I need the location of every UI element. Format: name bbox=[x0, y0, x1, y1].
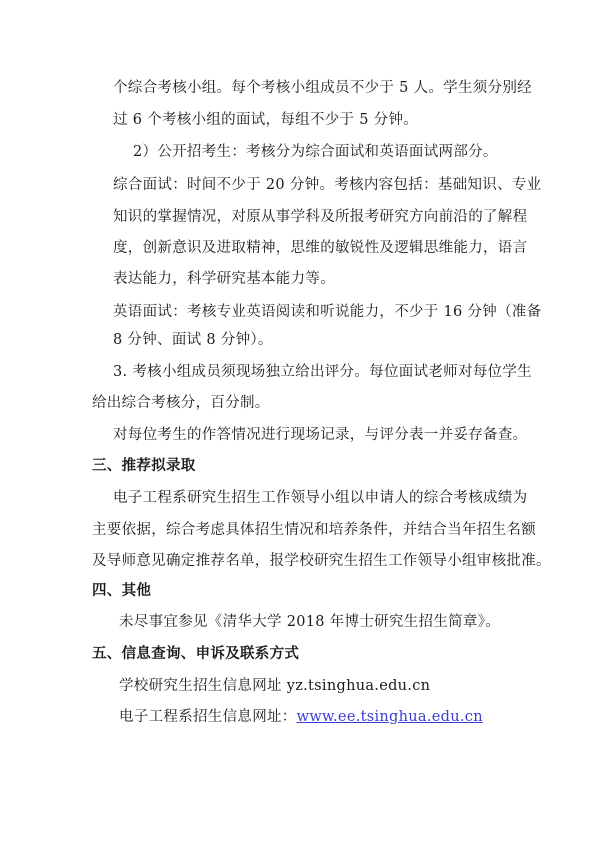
section-heading-contact: 五、信息查询、申诉及联系方式 bbox=[92, 644, 299, 664]
section-heading-other: 四、其他 bbox=[92, 581, 151, 601]
body-line-9: 8 分钟、面试 8 分钟）。 bbox=[113, 330, 273, 350]
ee-admission-url-label: 电子工程系招生信息网址： bbox=[119, 709, 297, 725]
body-line-11: 给出综合考核分，百分制。 bbox=[92, 393, 270, 413]
ee-admission-url-link[interactable]: www.ee.tsinghua.edu.cn bbox=[297, 709, 483, 725]
ee-admission-url-line: 电子工程系招生信息网址：www.ee.tsinghua.edu.cn bbox=[119, 707, 483, 727]
body-line-4: 综合面试：时间不少于 20 分钟。考核内容包括：基础知识、专业 bbox=[113, 175, 541, 195]
body-line-8: 英语面试：考核专业英语阅读和听说能力，不少于 16 分钟（准备 bbox=[113, 302, 541, 322]
body-line-3: 2）公开招考生：考核分为综合面试和英语面试两部分。 bbox=[133, 142, 498, 162]
body-line-2: 过 6 个考核小组的面试，每组不少于 5 分钟。 bbox=[113, 110, 418, 130]
school-admission-url-line: 学校研究生招生信息网址 yz.tsinghua.edu.cn bbox=[119, 676, 430, 696]
other-line-1: 未尽事宜参见《清华大学 2018 年博士研究生招生简章》。 bbox=[119, 612, 500, 632]
body-line-12: 对每位考生的作答情况进行现场记录，与评分表一并妥存备查。 bbox=[113, 425, 527, 445]
recommendation-line-3: 及导师意见确定推荐名单，报学校研究生招生工作领导小组审核批准。 bbox=[92, 551, 551, 571]
body-line-6: 度，创新意识及进取精神，思维的敏锐性及逻辑思维能力，语言 bbox=[113, 238, 527, 258]
body-line-10: 3. 考核小组成员须现场独立给出评分。每位面试老师对每位学生 bbox=[113, 362, 532, 382]
recommendation-line-2: 主要依据，综合考虑具体招生情况和培养条件，并结合当年招生名额 bbox=[92, 520, 536, 540]
recommendation-line-1: 电子工程系研究生招生工作领导小组以申请人的综合考核成绩为 bbox=[113, 488, 527, 508]
body-line-1: 个综合考核小组。每个考核小组成员不少于 5 人。学生须分别经 bbox=[113, 78, 532, 98]
body-line-7: 表达能力，科学研究基本能力等。 bbox=[113, 269, 335, 289]
section-heading-recommendation: 三、推荐拟录取 bbox=[92, 456, 196, 476]
body-line-5: 知识的掌握情况，对原从事学科及所报考研究方向前沿的了解程 bbox=[113, 207, 527, 227]
